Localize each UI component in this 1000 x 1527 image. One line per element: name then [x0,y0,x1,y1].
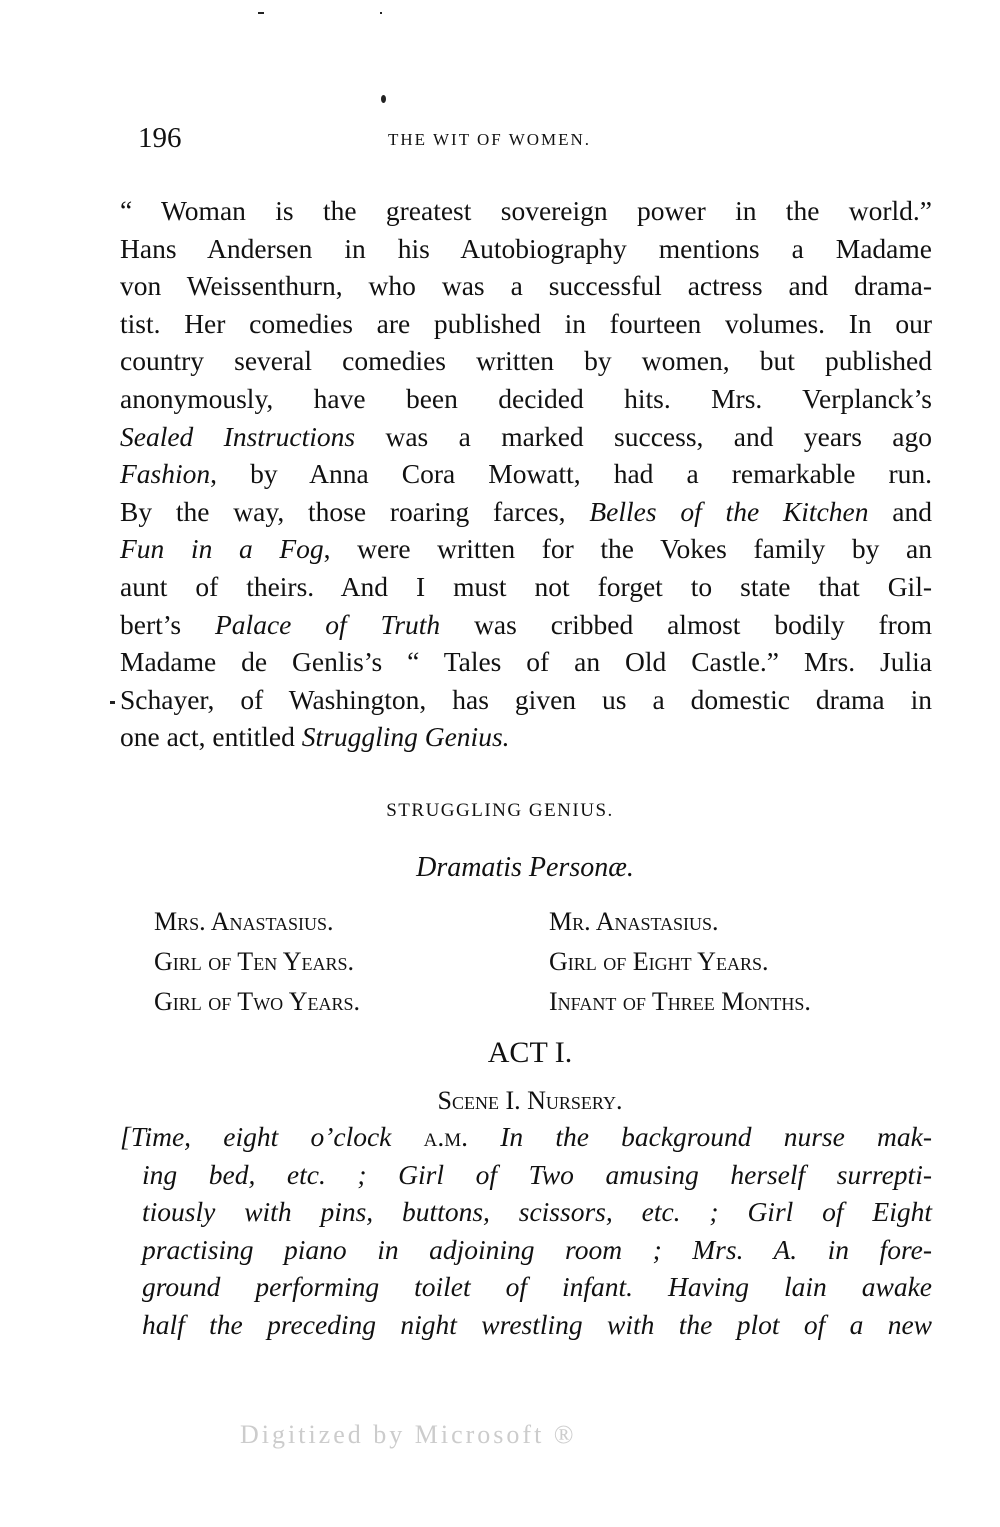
dramatis-personae-heading: Dramatis Personæ. [0,852,1000,884]
text-line: anonymously, have been decided hits. Mrs… [120,380,932,418]
text-run: practising piano in adjoining room ; Mrs… [142,1234,932,1265]
text-run: , by Anna Cora Mowatt, had a remarkable … [210,458,932,489]
italic-title: Fashion [120,458,210,489]
text-run: aunt of theirs. And I must not forget to… [120,571,932,602]
text-line: Hans Andersen in his Autobiography menti… [120,230,932,268]
body-paragraph: “ Woman is the greatest sovereign power … [120,192,932,756]
text-run: Madame de Genlis’s “ Tales of an Old Cas… [120,646,932,677]
text-run: Schayer, of Washington, has given us a d… [120,684,932,715]
ink-speck [380,12,382,14]
text-run: tiously with pins, buttons, scissors, et… [142,1196,932,1227]
text-run: Hans Andersen in his Autobiography menti… [120,233,932,264]
text-line: bert’s Palace of Truth was cribbed almos… [120,606,932,644]
cast-member: Girl of Ten Years. [154,942,360,982]
text-run: “ Woman is the greatest sovereign power … [120,195,932,226]
text-run: a.m. [424,1121,468,1152]
cast-member: Mr. Anastasius. [549,902,811,942]
text-line: Sealed Instructions was a marked success… [120,418,932,456]
text-line: [Time, eight o’clock a.m. In the backgro… [120,1118,932,1156]
text-line: tist. Her comedies are published in four… [120,305,932,343]
ink-speck [258,12,264,14]
book-page: 196 THE WIT OF WOMEN. “ Woman is the gre… [0,0,1000,1527]
ink-speck [110,701,115,704]
text-line: half the preceding night wrestling with … [120,1306,932,1344]
text-line: von Weissenthurn, who was a successful a… [120,267,932,305]
cast-column-right: Mr. Anastasius. Girl of Eight Years. Inf… [549,902,811,1022]
text-line: “ Woman is the greatest sovereign power … [120,192,932,230]
text-run: half the preceding night wrestling with … [142,1309,932,1340]
text-line: Madame de Genlis’s “ Tales of an Old Cas… [120,643,932,681]
text-run: was cribbed almost bodily from [440,609,932,640]
text-line: practising piano in adjoining room ; Mrs… [120,1231,932,1269]
italic-title: Struggling Genius. [302,721,510,752]
stage-directions: [Time, eight o’clock a.m. In the backgro… [120,1118,932,1344]
text-run: tist. Her comedies are published in four… [120,308,932,339]
ink-speck [381,95,386,103]
text-run: ing bed, etc. ; Girl of Two amusing hers… [142,1159,932,1190]
running-title: THE WIT OF WOMEN. [388,130,591,150]
text-run: [Time, eight o’clock [120,1121,424,1152]
text-run: anonymously, have been decided hits. Mrs… [120,383,932,414]
text-line: Fashion, by Anna Cora Mowatt, had a rema… [120,455,932,493]
text-run: and [869,496,933,527]
text-line: Schayer, of Washington, has given us a d… [120,681,932,719]
text-line: country several comedies written by wome… [120,342,932,380]
text-line: aunt of theirs. And I must not forget to… [120,568,932,606]
text-run: country several comedies written by wome… [120,345,932,376]
italic-title: Fun in a Fog [120,533,324,564]
cast-member: Girl of Two Years. [154,982,360,1022]
text-run: bert’s [120,609,215,640]
act-heading: ACT I. [0,1036,1000,1070]
text-line: tiously with pins, buttons, scissors, et… [120,1193,932,1231]
page-header: 196 THE WIT OF WOMEN. [138,122,938,162]
text-run: von Weissenthurn, who was a successful a… [120,270,932,301]
digitization-watermark: Digitized by Microsoft ® [240,1420,820,1460]
text-run: was a marked success, and years ago [355,421,932,452]
text-line: ing bed, etc. ; Girl of Two amusing hers… [120,1156,932,1194]
page-number: 196 [138,122,182,155]
italic-title: Belles of the Kitchen [589,496,868,527]
cast-member: Infant of Three Months. [549,982,811,1022]
text-line: Fun in a Fog, were written for the Vokes… [120,530,932,568]
text-run: By the way, those roaring farces, [120,496,589,527]
play-title: STRUGGLING GENIUS. [0,800,1000,822]
scene-heading: Scene I. Nursery. [0,1086,1000,1116]
italic-title: Palace of Truth [215,609,440,640]
italic-title: Sealed Instructions [120,421,355,452]
cast-member: Girl of Eight Years. [549,942,811,982]
text-run: In the background nurse mak- [468,1121,932,1152]
text-run: ground performing toilet of infant. Havi… [142,1271,932,1302]
text-line: ground performing toilet of infant. Havi… [120,1268,932,1306]
cast-column-left: Mrs. Anastasius. Girl of Ten Years. Girl… [154,902,360,1022]
cast-member: Mrs. Anastasius. [154,902,360,942]
text-run: , were written for the Vokes family by a… [324,533,932,564]
text-line: By the way, those roaring farces, Belles… [120,493,932,531]
text-line: one act, entitled Struggling Genius. [120,718,932,756]
text-run: one act, entitled [120,721,302,752]
